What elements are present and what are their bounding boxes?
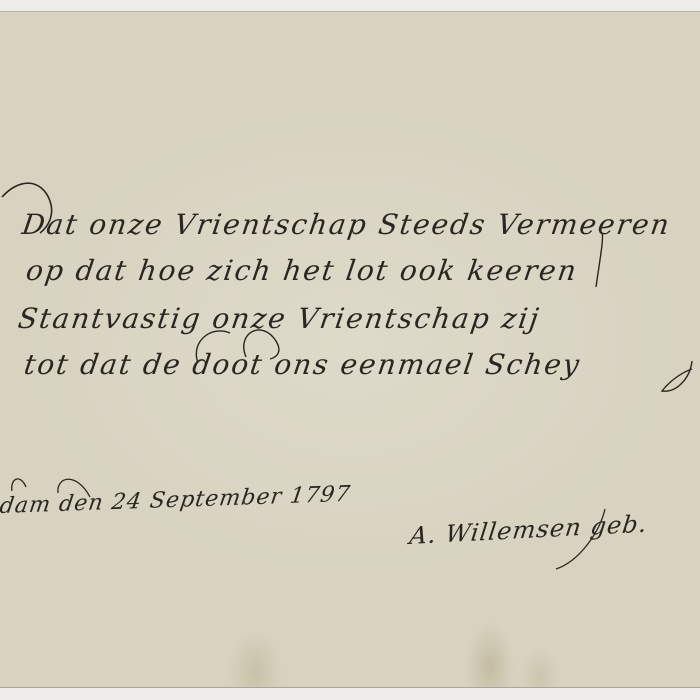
dateline: dam den 24 September 1797 (0, 482, 352, 519)
page-frame: Dat onze Vrientschap Steeds Vermeeren op… (0, 0, 700, 700)
verse-line-3: Stantvastig onze Vrientschap zij (16, 302, 542, 335)
signature: A. Willemsen geb. (408, 510, 649, 550)
verse-line-4: tot dat de doot ons eenmael Schey (22, 348, 583, 381)
verse-line-2: op dat hoe zich het lot ook keeren (24, 254, 580, 287)
paper-sheet: Dat onze Vrientschap Steeds Vermeeren op… (0, 11, 700, 688)
verse-line-1: Dat onze Vrientschap Steeds Vermeeren (20, 208, 673, 241)
